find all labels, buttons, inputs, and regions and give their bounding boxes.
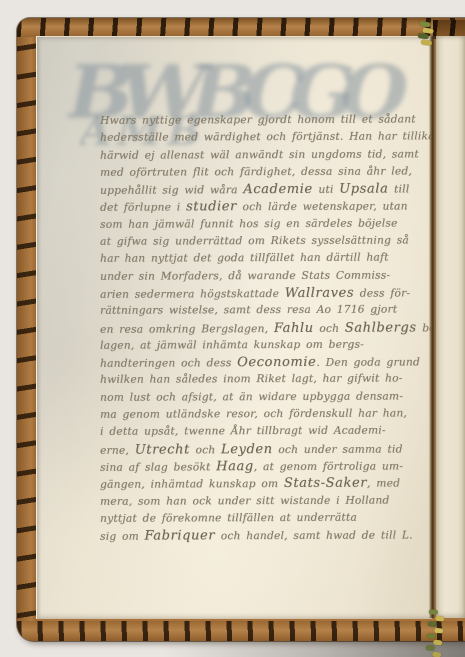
text-line: med oförtruten flit och färdighet, dessa…: [100, 163, 434, 182]
text-line: hedersställe med wärdighet och förtjänst…: [100, 129, 434, 148]
page-gutter-shadow: [429, 36, 436, 618]
text-line: har han nyttjat det goda tillfället han …: [100, 250, 434, 269]
braid-bead: [427, 633, 436, 639]
text-line: det förlupne i studier och lärde wetensk…: [100, 198, 434, 217]
text-line: gängen, inhämtad kunskap om Stats-Saker,…: [100, 475, 434, 494]
text-line: uppehållit sig wid wåra Academie uti Ups…: [100, 180, 434, 199]
text-line: mera, som han ock under sitt wistande i …: [100, 492, 434, 511]
text-line: nyttjat de förekomne tillfällen at under…: [100, 509, 434, 528]
text-line: arien sedermera högstskattade Wallraves …: [100, 284, 434, 303]
text-line: at gifwa sig underrättad om Rikets sysse…: [100, 232, 434, 251]
text-line: rättningars wistelse, samt dess resa Ao …: [100, 302, 434, 321]
braid-bead: [418, 33, 430, 39]
text-line: som han jämwäl funnit hos sig en särdele…: [100, 215, 434, 234]
braid-bead: [432, 652, 441, 657]
text-line: sig om Fabriquer och handel, samt hwad d…: [100, 526, 434, 545]
text-line: lagen, at jämwäl inhämta kunskap om berg…: [100, 336, 434, 355]
text-line: under sin Morfaders, då warande Stats Co…: [100, 267, 434, 286]
text-line: erne, Utrecht och Leyden och under samma…: [100, 440, 434, 459]
text-line: ma genom utländske resor, och fördenskul…: [100, 405, 434, 424]
text-line: en resa omkring Bergslagen, Fahlu och Sa…: [100, 319, 434, 338]
text-line: Hwars nyttige egenskaper gjordt honom ti…: [100, 111, 434, 130]
binding-stripes-bottom: [17, 621, 465, 641]
binding-stripes-top: [17, 18, 465, 37]
text-line: hwilken han således inom Riket lagt, har…: [100, 371, 434, 390]
text-line: i detta upsåt, twenne Åhr tillbragt wid …: [100, 423, 434, 442]
text-line: sina af slag besökt Haag, at genom förtr…: [100, 457, 434, 476]
text-line: nom lust och afsigt, at än widare upbygg…: [100, 388, 434, 407]
braid-bead: [419, 21, 431, 27]
braid-bead: [426, 645, 435, 651]
braid-bead: [429, 609, 438, 615]
handwritten-text: Hwars nyttige egenskaper gjordt honom ti…: [100, 112, 434, 544]
braid-bead: [428, 621, 437, 627]
braid-bead: [435, 616, 444, 622]
scan-photo: BWBCGO AMB Hwars nyttige egenskaper gjor…: [0, 0, 465, 657]
bookmark-braid: [425, 609, 449, 657]
text-line: handteringen och dess Oeconomie. Den god…: [100, 353, 434, 372]
braid-bead: [433, 640, 442, 646]
text-line: härwid ej allenast wäl anwändt sin ungdo…: [100, 146, 434, 165]
facing-page-edge: [436, 36, 465, 618]
braid-bead: [421, 39, 433, 45]
binding-stripes-left: [17, 18, 37, 641]
braid-bead: [434, 628, 443, 634]
